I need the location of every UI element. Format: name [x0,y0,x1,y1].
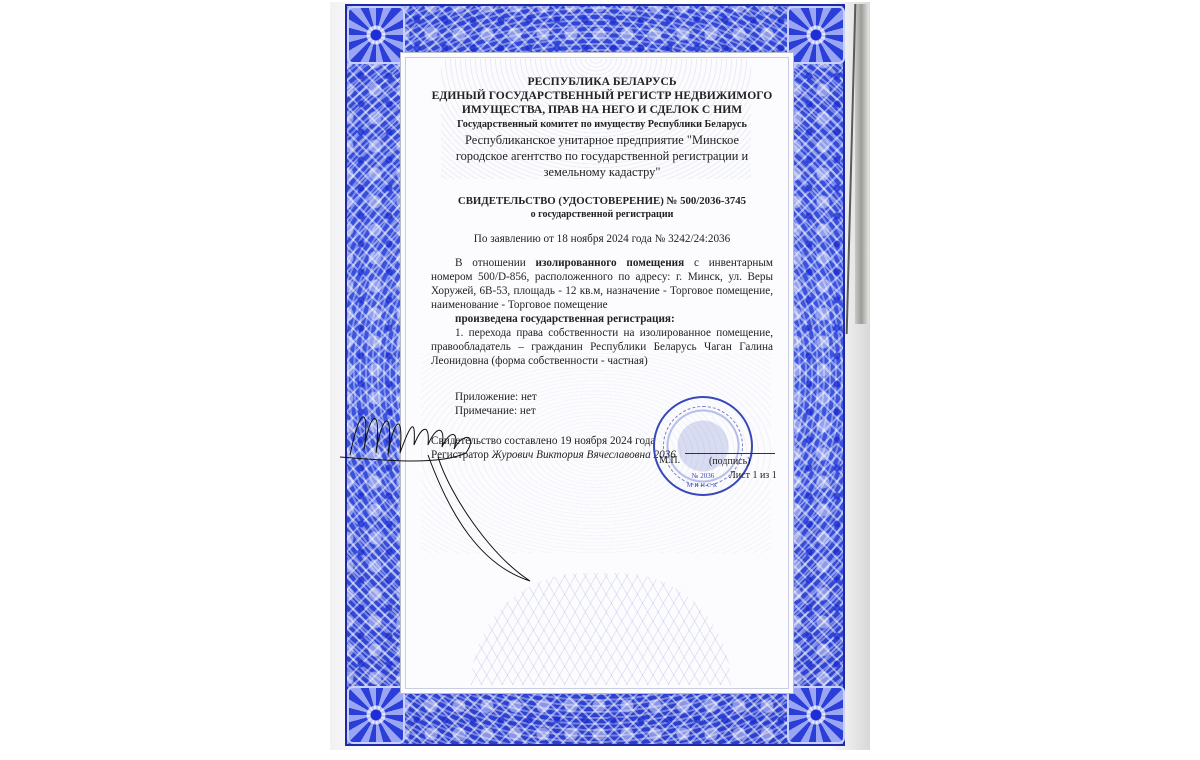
guilloche-ornament-bottom [471,573,731,685]
header-registry-line1: ЕДИНЫЙ ГОСУДАРСТВЕННЫЙ РЕГИСТР НЕДВИЖИМО… [431,89,773,103]
certificate-paper: РЕСПУБЛИКА БЕЛАРУСЬ ЕДИНЫЙ ГОСУДАРСТВЕНН… [400,52,794,694]
corner-rosette-top-left [347,6,405,64]
official-seal: № 2036 МИНСК [653,396,753,496]
header-agency-line1: Республиканское унитарное предприятие "М… [431,133,773,148]
object-type: изолированного помещения [536,257,685,269]
header-registry-line2: ИМУЩЕСТВА, ПРАВ НА НЕГО И СДЕЛОК С НИМ [431,103,773,117]
property-description: В отношении изолированного помещения с и… [431,256,773,312]
header-country: РЕСПУБЛИКА БЕЛАРУСЬ [431,75,773,89]
signature-line [685,453,775,454]
header-committee: Государственный комитет по имуществу Рес… [431,118,773,132]
certificate-title: СВИДЕТЕЛЬСТВО (УДОСТОВЕРЕНИЕ) № 500/2036… [431,194,773,208]
intro-prefix: В отношении [455,257,536,269]
corner-rosette-bottom-right [787,686,845,744]
seal-city: МИНСК [655,483,751,489]
corner-rosette-bottom-left [347,686,405,744]
sheet-counter: Лист 1 из 1 [729,470,777,481]
certificate-subtitle: о государственной регистрации [431,208,773,222]
corner-rosette-top-right [787,6,845,64]
header-agency-line2: городское агентство по государственной р… [431,149,773,164]
registrar-label: Регистратор [431,449,492,461]
registrar-name: Журович Виктория Вячеславовна 2036 [492,449,676,461]
application-reference: По заявлению от 18 ноября 2024 года № 32… [431,232,773,246]
header-agency-line3: земельному кадастру" [431,165,773,180]
seal-label: М.П. [659,455,680,466]
registration-heading: произведена государственная регистрация: [431,312,773,326]
registration-item: 1. перехода права собственности на изоли… [431,326,773,368]
page-edge-shadow [855,4,869,324]
signature-caption: (подпись) [709,456,751,467]
